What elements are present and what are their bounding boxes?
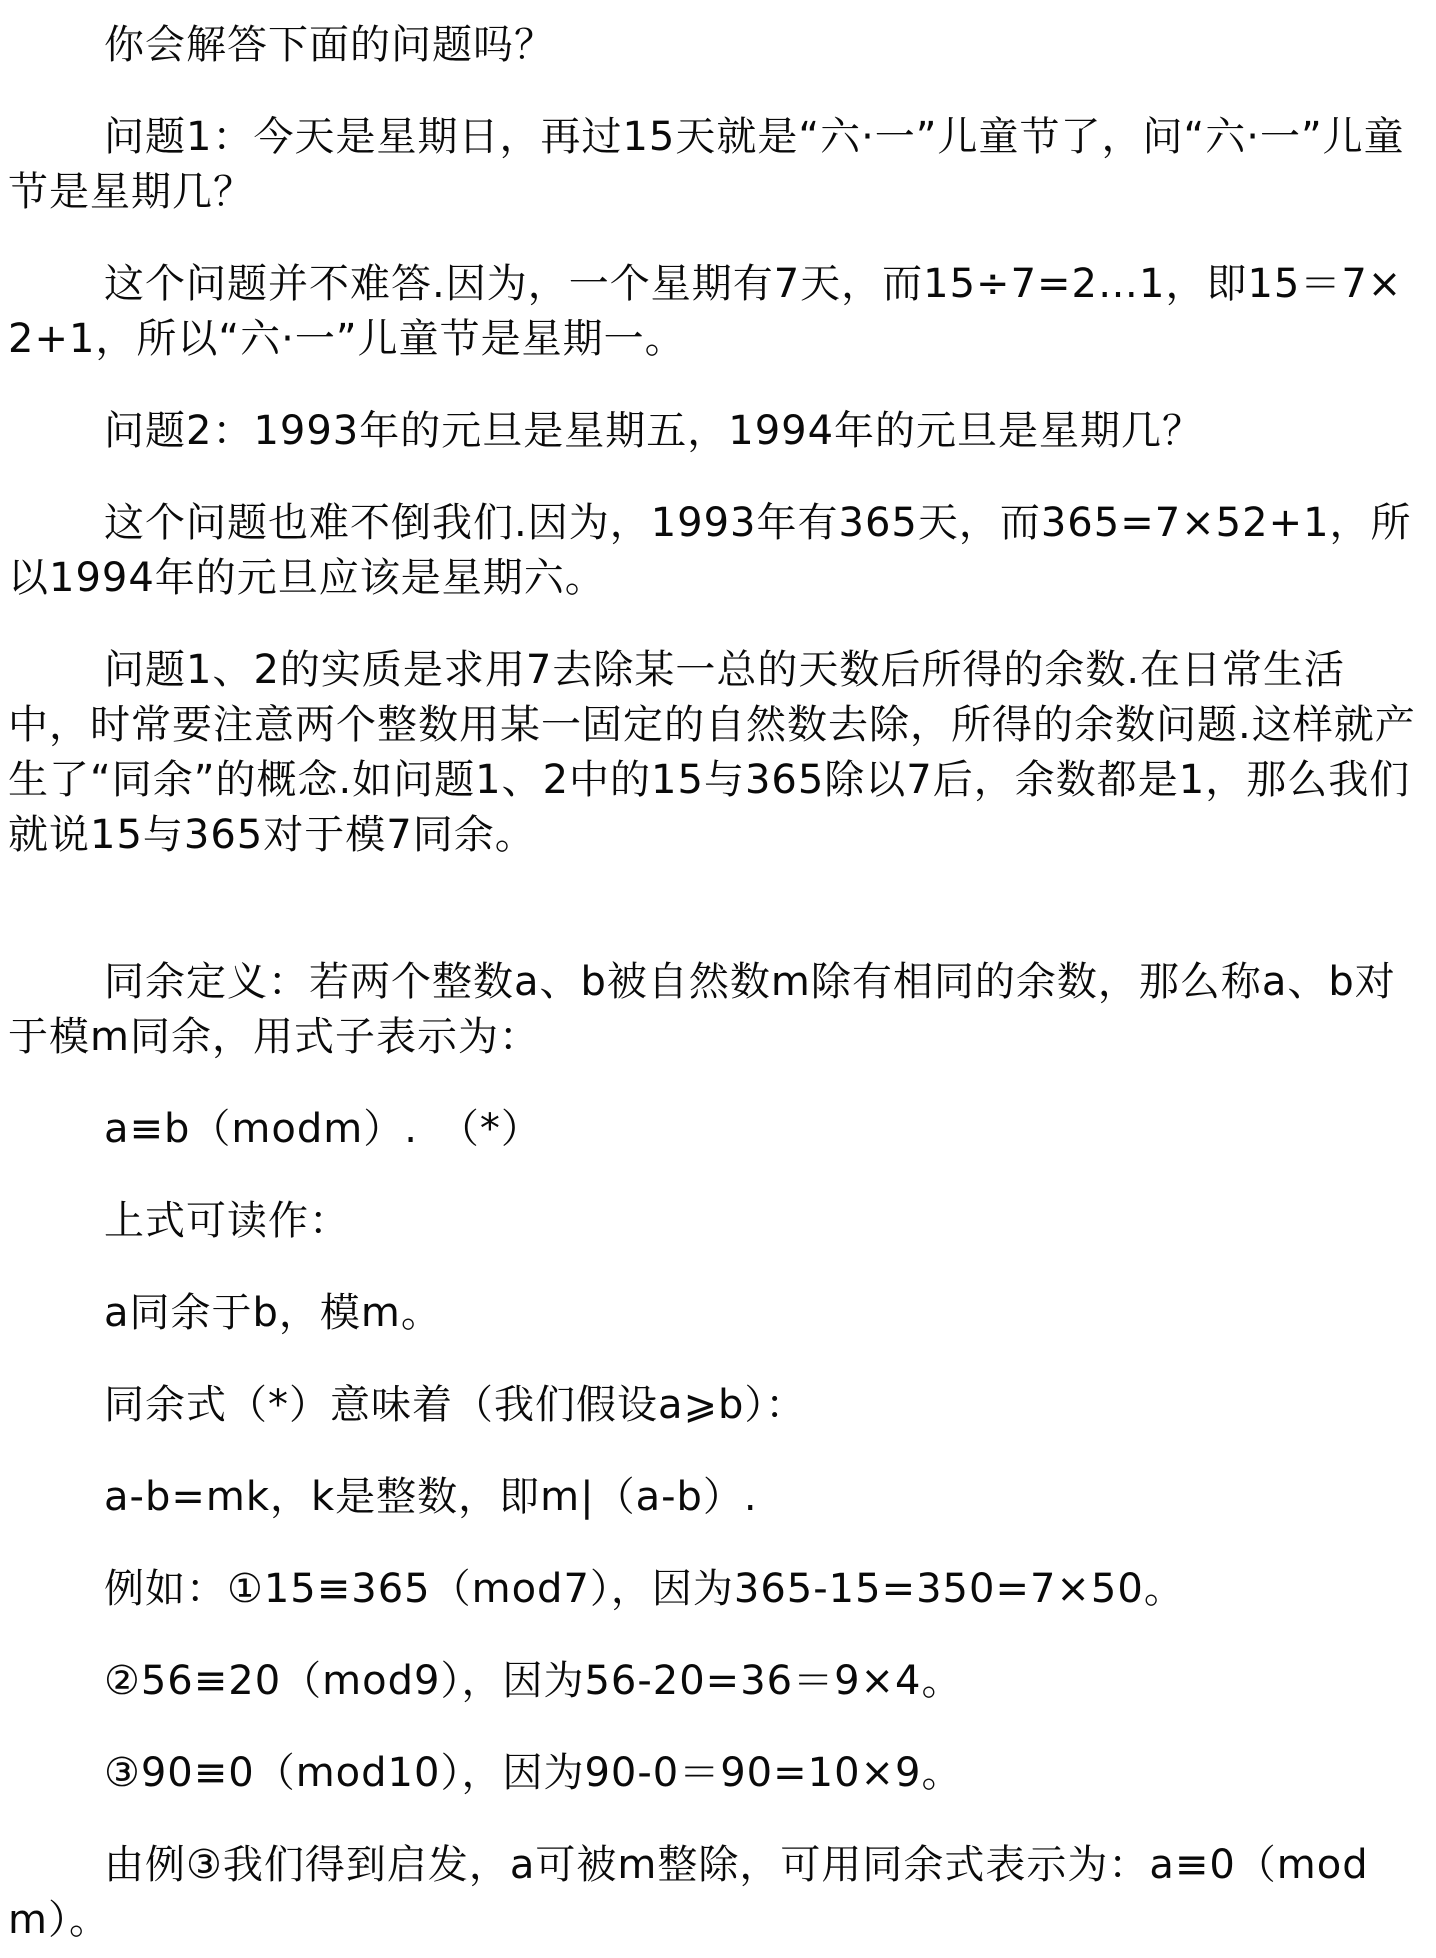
- document-page: 你会解答下面的问题吗？ 问题1：今天是星期日，再过15天就是“六·一”儿童节了，…: [0, 0, 1436, 1958]
- problem-2-solution: 这个问题也难不倒我们.因为，1993年有365天，而365=7×52+1，所以1…: [8, 496, 1426, 606]
- formula-meaning: a-b=mk，k是整数，即m|（a-b）.: [8, 1470, 1426, 1525]
- congruence-definition: 同余定义：若两个整数a、b被自然数m除有相同的余数，那么称a、b对于模m同余，用…: [8, 955, 1426, 1065]
- formula-congruence: a≡b（modm）. （*）: [8, 1102, 1426, 1157]
- conclusion: 由例③我们得到启发，a可被m整除，可用同余式表示为：a≡0（modm）。: [8, 1838, 1426, 1948]
- read-as-label: 上式可读作：: [8, 1194, 1426, 1249]
- example-2: ②56≡20（mod9），因为56-20=36＝9×4。: [8, 1654, 1426, 1709]
- example-3: ③90≡0（mod10），因为90-0＝90=10×9。: [8, 1746, 1426, 1801]
- congruence-intro: 问题1、2的实质是求用7去除某一总的天数后所得的余数.在日常生活中，时常要注意两…: [8, 643, 1426, 863]
- read-as-text: a同余于b，模m。: [8, 1286, 1426, 1341]
- intro-line: 你会解答下面的问题吗？: [8, 18, 1426, 73]
- problem-2: 问题2：1993年的元旦是星期五，1994年的元旦是星期几？: [8, 404, 1426, 459]
- problem-1-solution: 这个问题并不难答.因为，一个星期有7天，而15÷7=2…1，即15＝7×2+1，…: [8, 257, 1426, 367]
- example-1: 例如：①15≡365（mod7），因为365-15=350=7×50。: [8, 1562, 1426, 1617]
- problem-1: 问题1：今天是星期日，再过15天就是“六·一”儿童节了，问“六·一”儿童节是星期…: [8, 110, 1426, 220]
- congruence-meaning-intro: 同余式（*）意味着（我们假设a⩾b）：: [8, 1378, 1426, 1433]
